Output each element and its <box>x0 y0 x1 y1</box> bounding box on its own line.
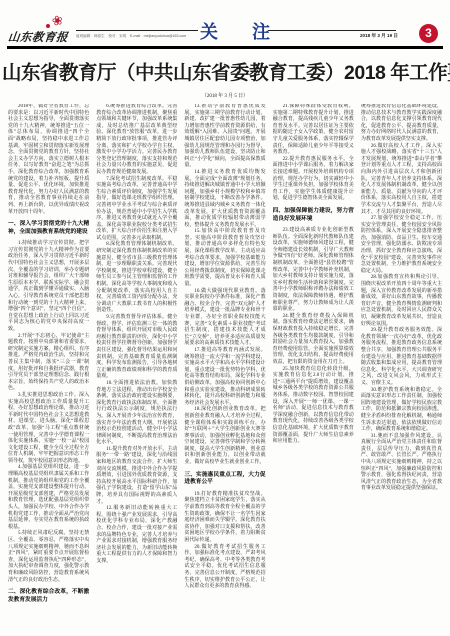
body-paragraph: 23.建设高素质专业化创新型教师队伍。全面深化新时代教师队伍建设改革，实施师德师… <box>273 228 354 314</box>
body-paragraph: 13.推动学前教育普惠优质发展。实施第三期学前教育行动计划，新建、改扩建一批普惠… <box>184 104 265 170</box>
body-paragraph: 20.做好教育考试招生服务工作。加强标准化考点建设，严肃考风考纪，确保高考、中考… <box>184 545 265 591</box>
body-paragraph: 9.完善教育督导评估体系。健全督政、督学、评估监测三位一体的教育督导体系，组织开… <box>96 315 177 381</box>
section-heading: 一、深入学习贯彻党的十九大精神，全面加强教育系统党的建设 <box>8 221 89 236</box>
newspaper-page: ❀ 山东教育报 关 注 值班编辑：韩春生 校对：宋玥 E-mail：meijia… <box>0 0 450 636</box>
body-paragraph: 8.深化教育管理体制机制改革。研究制定深化教育体制机制改革的实施意见，健全省市县… <box>96 242 177 315</box>
body-paragraph: 18.深化创新创业教育改革。把创新创业教育融入人才培养全过程，健全课程体系和实践… <box>184 407 265 466</box>
page-number-badge: 3 <box>419 24 438 43</box>
body-column: 统筹推进教育信息化基础环境建设，推动信息技术与教育教学实践深度融合，以教育信息化… <box>361 104 442 631</box>
body-paragraph: 1.持续推动学习宣传贯彻。把学习宣传贯彻党的十九大精神作为首要政治任务，深入学习… <box>8 241 89 333</box>
body-column: 2018年，做好全省教育工作，总的要求是：以习近平新时代中国特色社会主义思想为指… <box>8 104 89 631</box>
body-paragraph: 5.持续正风肃纪反腐。坚持无禁区、全覆盖、零容忍，严格落实中央八项规定实施细则精… <box>8 531 89 584</box>
plum-flower-icon: ❀ <box>51 13 64 28</box>
body-paragraph: 27.加强学校安全稳定工作。压实安全管理责任，健全校园安全风险防控体系，深入开展… <box>361 216 442 275</box>
masthead-rule-right <box>268 30 396 31</box>
body-paragraph: 26.做好高校人才工作。深入实施人才强校战略，落实省“十三五”人才发展规划，统筹… <box>361 144 442 217</box>
newspaper-logo: ❀ 山东教育报 <box>8 16 70 46</box>
body-paragraph: 4.加强基层党组织建设。进一步理顺高校基层党组织隶属关系和工作机制，推动党的组织… <box>8 465 89 531</box>
section-title: 关 注 <box>200 18 270 44</box>
headline: 山东省教育厅（中共山东省委教育工委）2018 年工作要点 <box>2 57 448 85</box>
body-paragraph: 统筹推进教育信息化基础环境建设，推动信息技术与教育教学实践深度融合，以教育信息化… <box>361 104 442 144</box>
body-paragraph: 19.打好教育精准扶贫攻坚战。聚焦建档立卡贫困家庭学生，落实从学前教育到高等教育… <box>184 492 265 545</box>
body-paragraph: 6.统筹推进教育综合改革。完善教育综合改革协调推进机制，聚焦重点领域和关键环节，… <box>96 104 177 177</box>
body-paragraph: 24.健全教育经费投入保障机制。落实教育经费法定增长要求，确保财政教育投入持续稳… <box>273 314 354 367</box>
headline-date: （2018 年 3 月 5 日） <box>0 92 450 99</box>
body-paragraph: 31.驰而不息加强作风建设。认真履行全面从严治党主体责任和监督责任，层层传导压力… <box>361 434 442 493</box>
body-paragraph: 10.全面推进依法治教。加快教育地方立法进程，推动出台学校安全条例。落实法治政府… <box>96 381 177 447</box>
body-paragraph: 29.提升教育政务服务效能。深化教育领域“一次办好”改革，优化政务服务流程，推进… <box>361 328 442 387</box>
masthead-divider <box>7 46 443 49</box>
body-column: 13.推动学前教育普惠优质发展。实施第三期学前教育行动计划，新建、改扩建一批普惠… <box>184 104 265 631</box>
body-paragraph: 12.服务新旧动能转换重大工程。围绕十强产业发展需求，引导高校优化学科专业布局，… <box>96 506 177 565</box>
masthead-rule-left <box>76 30 198 31</box>
section-heading: 二、深化教育综合改革，不断激发教育发展活力 <box>8 589 89 604</box>
body-paragraph: 3.扎实推进思想政治工作。深入实施高校思想政治工作质量提升工程，办好思想政治理论… <box>8 393 89 466</box>
body-paragraph: 11.提升教育对外开放水平。主动服务“一带一路”建设，深化与沿线国家和地区的教育… <box>96 447 177 506</box>
body-column: 21.保障特殊群体受教育权利。实施第二期特殊教育提升计划，推进融合教育，提高残疾… <box>273 104 354 631</box>
body-paragraph: 16.做大做强现代职业教育。落实职业院校办学条件标准，深化产教融合、校企合作，完… <box>184 289 265 348</box>
body-paragraph: 21.保障特殊群体受教育权利。实施第二期特殊教育提升计划，推进融合教育，提高残疾… <box>273 104 354 157</box>
masthead: ❀ 山东教育报 关 注 值班编辑：韩春生 校对：宋玥 E-mail：meijia… <box>0 0 450 46</box>
body-column: 6.统筹推进教育综合改革。完善教育综合改革协调推进机制，聚焦重点领域和关键环节，… <box>96 104 177 631</box>
body-paragraph: 7.深化考试招生制度改革。平稳实施高考综合改革，完善普通高中学生综合素质评价制度… <box>96 177 177 243</box>
body-paragraph: 25.加快教育信息化转段升级。实施教育信息化2.0行动计划，推进“三通两平台”提… <box>273 367 354 446</box>
body-paragraph: 2018年，做好全省教育工作，总的要求是：以习近平新时代中国特色社会主义思想为指… <box>8 104 89 216</box>
newspaper-logo-text: 山东教育报 <box>7 29 69 45</box>
editor-info: 值班编辑：韩春生 校对：宋玥 E-mail：meijianyuduhua@163… <box>76 34 186 39</box>
flower-dot-icon <box>46 24 50 28</box>
section-heading: 四、加强保障能力建设，努力营造良好发展环境 <box>273 208 354 223</box>
issue-date: 2018 年 3 月 19 日 <box>360 33 398 39</box>
body-paragraph: 30.维护教育系统和谐稳定。全面落实意识形态工作责任制，加强校园阵地建设管理，做… <box>361 388 442 434</box>
body-paragraph: 14.推进义务教育优质均衡发展。全面完成“全面改薄”规划任务，持续推进解决城镇普… <box>184 170 265 229</box>
body-columns: 2018年，做好全省教育工作，总的要求是：以习近平新时代中国特色社会主义思想为指… <box>8 104 442 631</box>
body-paragraph: 15.加快高中阶段教育普及攻坚。实施高中阶段教育普及攻坚计划，推动普通高中多样化… <box>184 229 265 288</box>
body-paragraph: 17.推进高等教育内涵式发展。统筹推进一流大学和一流学科建设，实施高水平大学和高… <box>184 348 265 407</box>
section-heading: 三、实施惠民重点工程，大力促进教育公平 <box>184 472 265 487</box>
body-paragraph: 2.开展“不忘初心、牢记使命”主题教育。按照中央部署和省委要求，研究制定实施方案… <box>8 334 89 393</box>
body-paragraph: 28.加强教育宣传和舆论引导。围绕庆祝改革开放四十周年等重大主题，深入宣传教育改… <box>361 275 442 328</box>
body-paragraph: 22.提升教育惠民服务水平。全面推进中小学课后服务，着力解决家长接送难题。开展校… <box>273 157 354 203</box>
